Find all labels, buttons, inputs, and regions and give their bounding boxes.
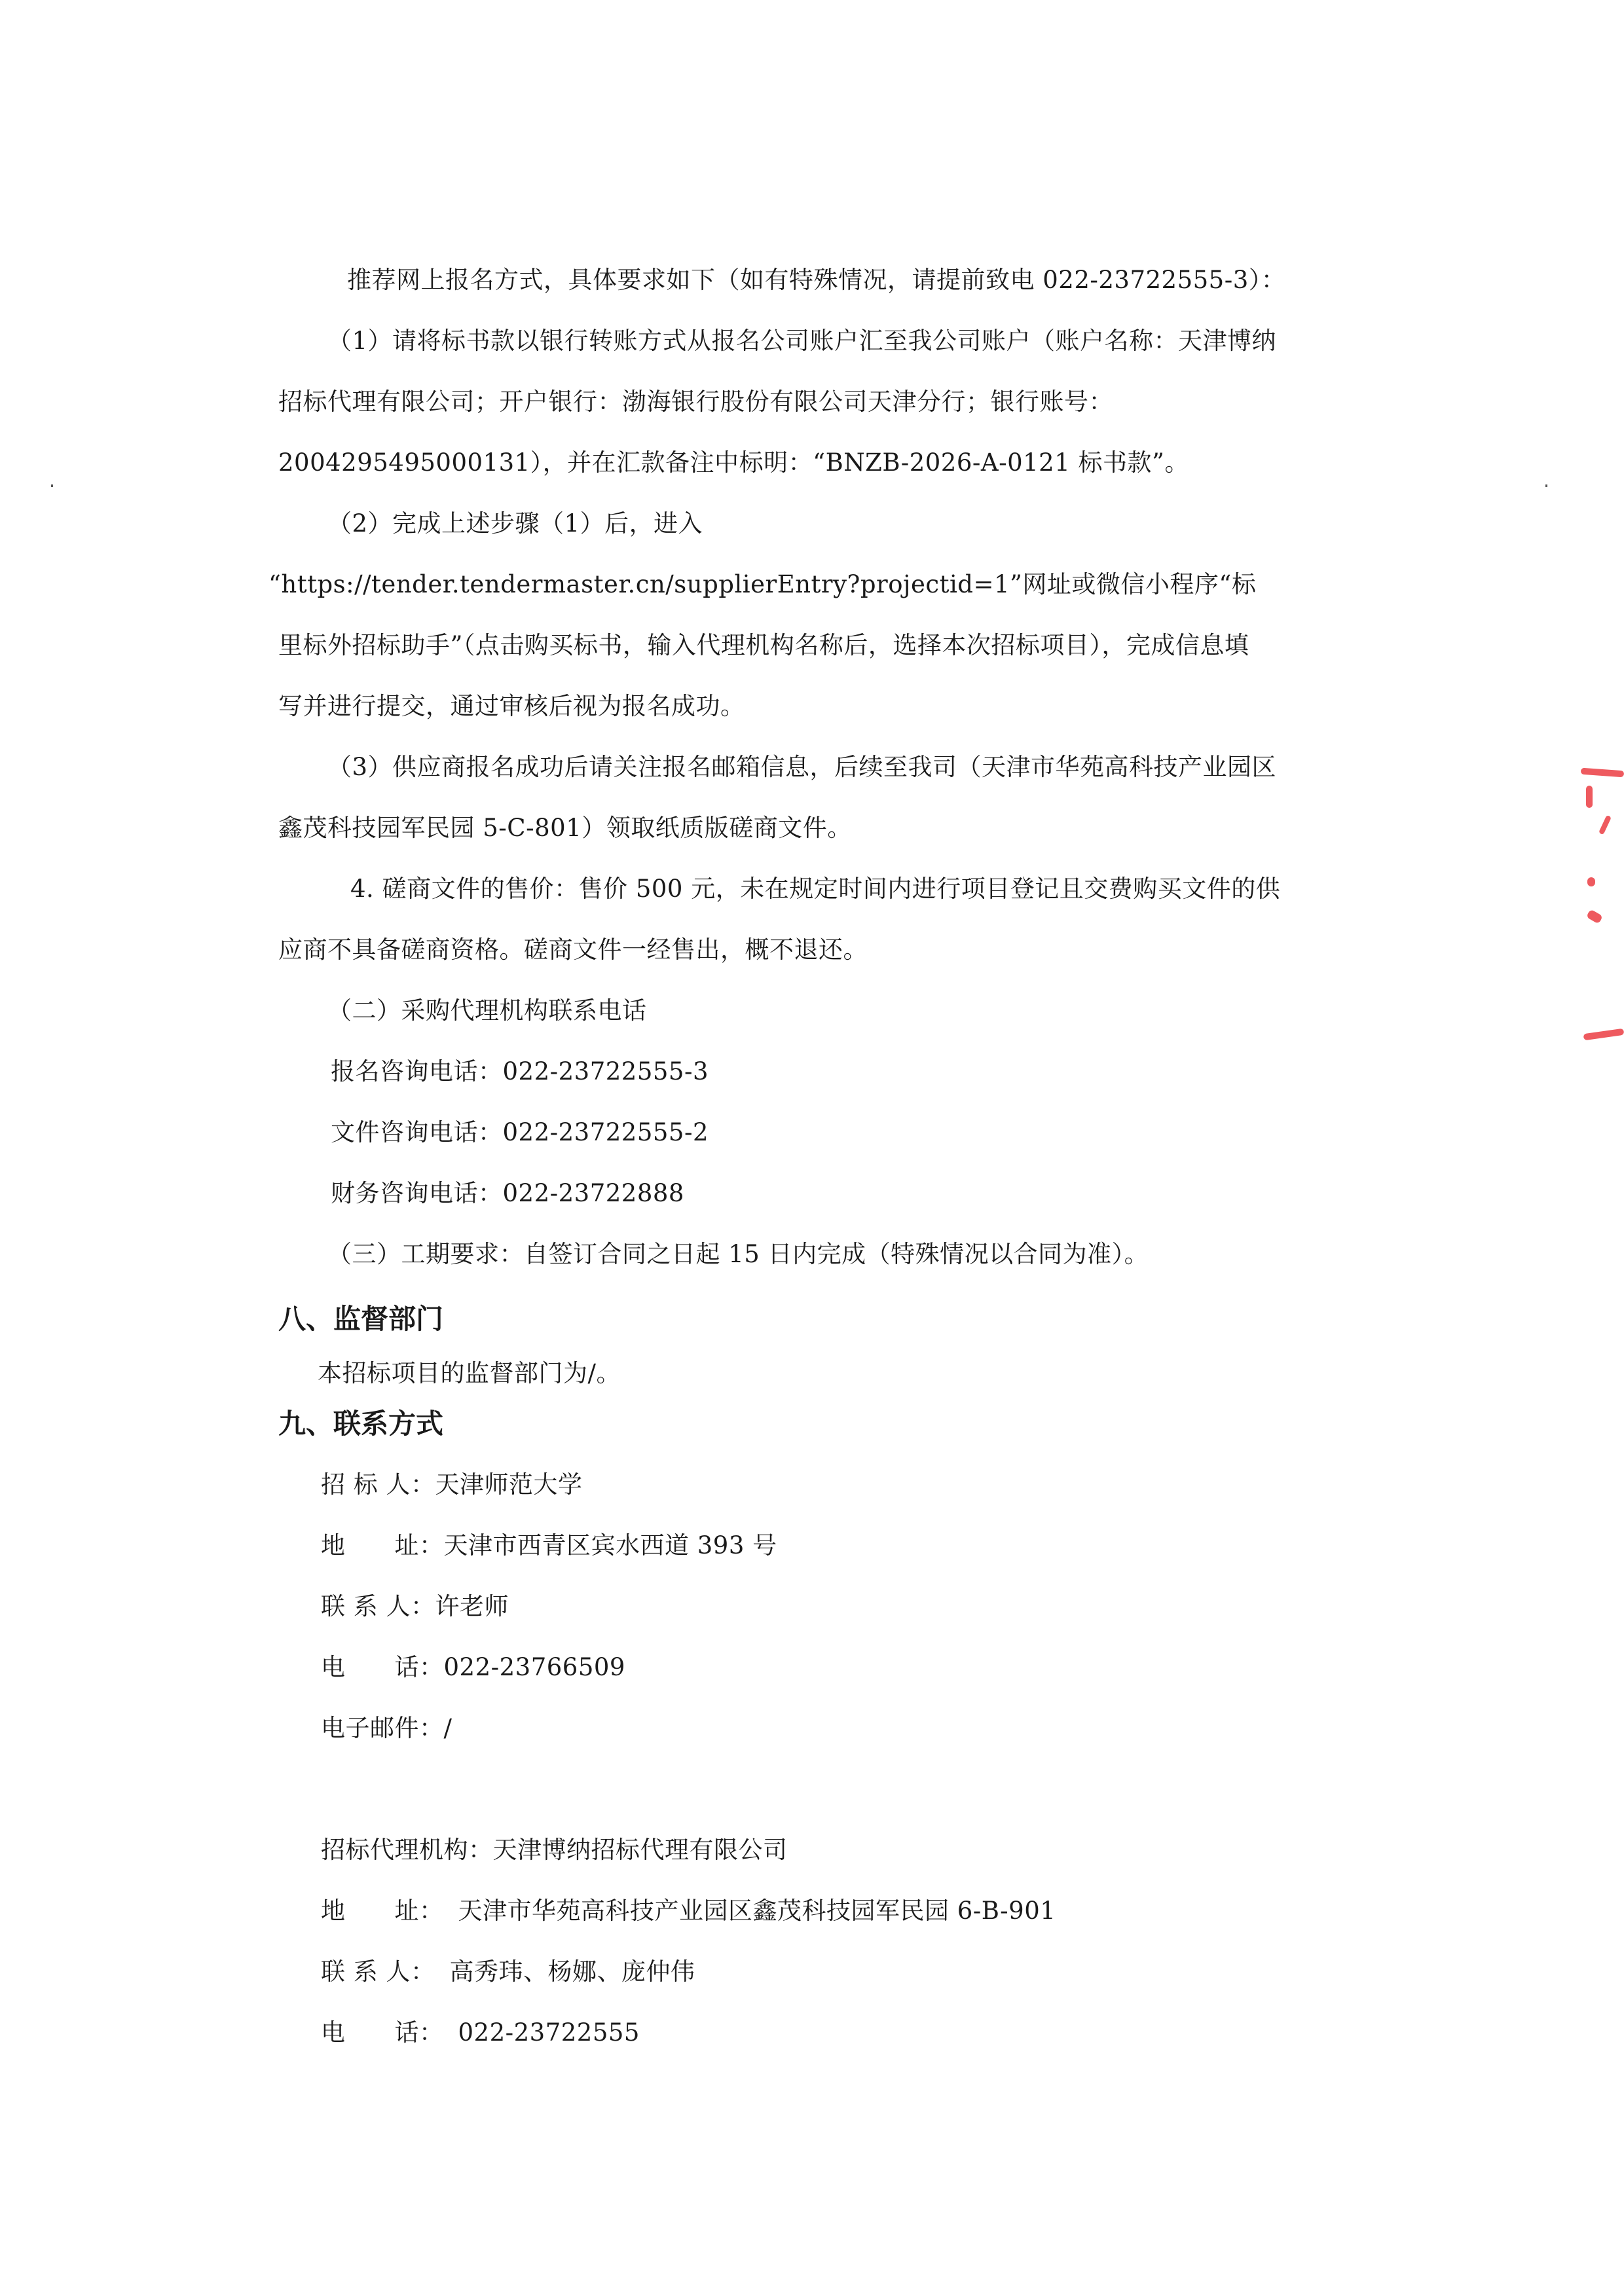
agency-phones-title: （二）采购代理机构联系电话 [327, 996, 647, 1026]
step1-line2: 招标代理有限公司；开户银行：渤海银行股份有限公司天津分行；银行账号： [278, 387, 1113, 417]
step1-line1: （1）请将标书款以银行转账方式从报名公司账户汇至我公司账户（账户名称：天津博纳 [327, 326, 1276, 356]
price-line2: 应商不具备磋商资格。磋商文件一经售出，概不退还。 [278, 935, 868, 965]
step2-line4: 写并进行提交，通过审核后视为报名成功。 [278, 691, 745, 721]
step1-line3: 2004295495000131），并在汇款备注中标明：“BNZB-2026-A… [278, 448, 1189, 478]
section8-text: 本招标项目的监督部门为/。 [318, 1358, 621, 1389]
step3-line1: （3）供应商报名成功后请关注报名邮箱信息，后续至我司（天津市华苑高科技产业园区 [327, 752, 1276, 782]
tenderer-name-row: 招 标 人：天津师范大学 [321, 1470, 583, 1500]
step3-line2: 鑫茂科技园军民园 5-C-801）领取纸质版磋商文件。 [278, 813, 852, 843]
scan-speck [1545, 484, 1547, 487]
finance-phone: 财务咨询电话：022-23722888 [331, 1178, 684, 1209]
tenderer-email-row: 电子邮件：/ [321, 1713, 452, 1743]
agency-name-row: 招标代理机构：天津博纳招标代理有限公司 [321, 1835, 788, 1865]
section9-heading: 九、联系方式 [278, 1408, 443, 1440]
price-line1: 4. 磋商文件的售价：售价 500 元，未在规定时间内进行项目登记且交费购买文件… [350, 874, 1280, 904]
step2-line2-url: “https://tender.tendermaster.cn/supplier… [268, 570, 1256, 600]
tenderer-contact-row: 联 系 人：许老师 [321, 1592, 509, 1622]
tenderer-address-row: 地 址：天津市西青区宾水西道 393 号 [321, 1531, 777, 1561]
scan-speck [51, 484, 53, 487]
step2-line3: 里标外招标助手”（点击购买标书，输入代理机构名称后，选择本次招标项目），完成信息… [278, 630, 1249, 661]
signup-phone: 报名咨询电话：022-23722555-3 [331, 1057, 709, 1087]
tenderer-phone-row: 电 话：022-23766509 [321, 1652, 625, 1683]
step2-line1: （2）完成上述步骤（1）后，进入 [327, 509, 703, 539]
section8-heading: 八、监督部门 [278, 1303, 443, 1336]
agency-address-row: 地 址：天津市华苑高科技产业园区鑫茂科技园军民园 6-B-901 [321, 1896, 1056, 1926]
agency-phone-row: 电 话：022-23722555 [321, 2018, 640, 2048]
docs-phone: 文件咨询电话：022-23722555-2 [331, 1118, 709, 1148]
schedule-requirement: （三）工期要求：自签订合同之日起 15 日内完成（特殊情况以合同为准）。 [327, 1239, 1149, 1269]
agency-contact-row: 联 系 人：高秀玮、杨娜、庞仲伟 [321, 1957, 695, 1987]
registration-intro: 推荐网上报名方式，具体要求如下（如有特殊情况，请提前致电 022-2372255… [347, 265, 1285, 295]
